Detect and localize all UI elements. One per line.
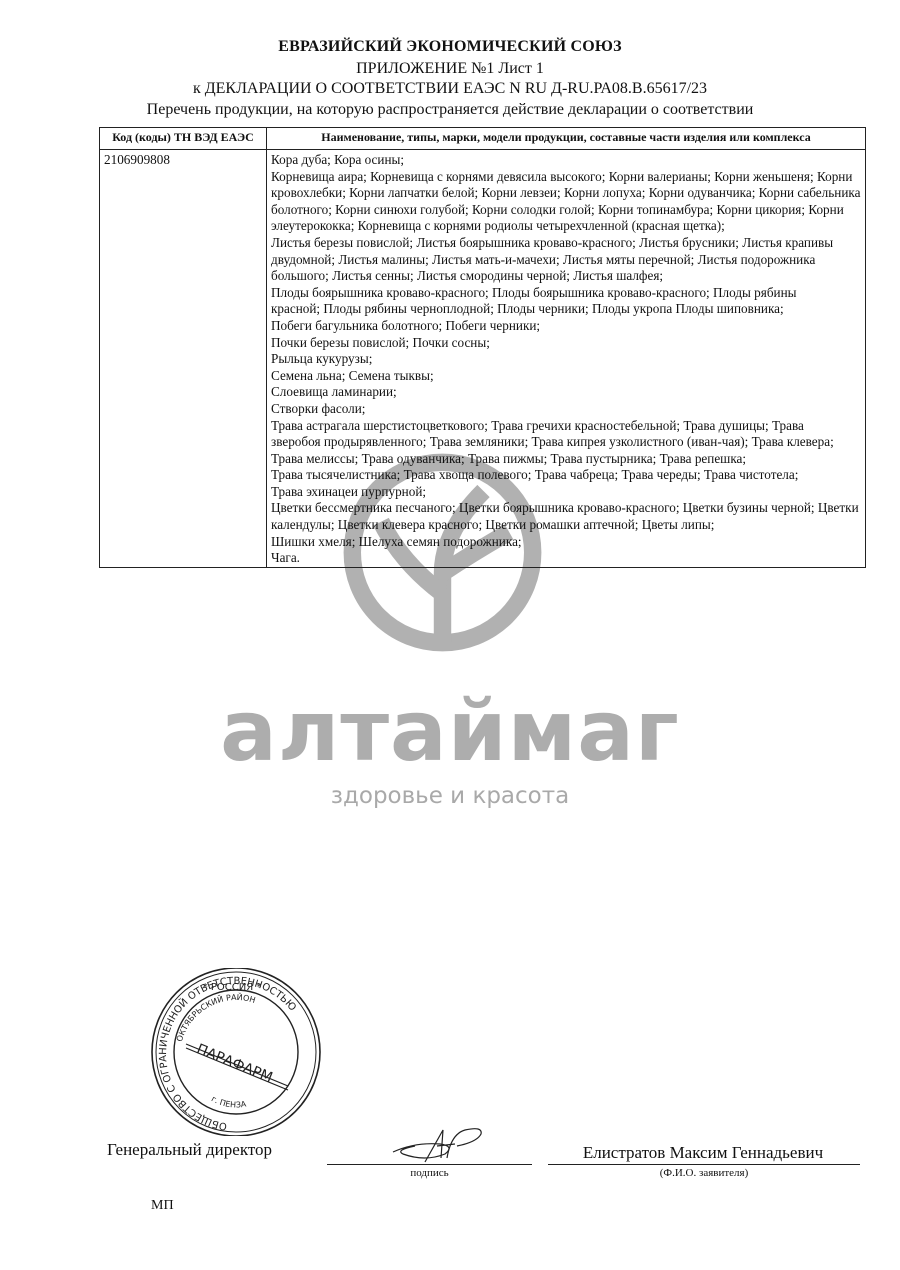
product-names: Кора дуба; Кора осины; Корневища аира; К… [267,150,866,568]
product-line: Корневища аира; Корневища с корнями девя… [271,169,861,235]
product-line: Листья березы повислой; Листья боярышник… [271,235,861,285]
signer-role: Генеральный директор [107,1140,272,1160]
signer-full-name: Елистратов Максим Геннадьевич [548,1143,858,1163]
table-header-row: Код (коды) ТН ВЭД ЕАЭС Наименование, тип… [100,128,866,150]
name-caption: (Ф.И.О. заявителя) [548,1167,860,1179]
org-title: ЕВРАЗИЙСКИЙ ЭКОНОМИЧЕСКИЙ СОЮЗ [0,38,900,56]
product-line: Трава тысячелистника; Трава хвоща полево… [271,467,861,484]
handwritten-signature-icon [385,1124,495,1166]
name-line [548,1164,860,1165]
column-header-name: Наименование, типы, марки, модели продук… [267,128,866,150]
watermark-brand: алтаймаг [220,682,680,780]
company-seal-icon: ОБЩЕСТВО С ОГРАНИЧЕННОЙ ОТВЕТСТВЕННОСТЬЮ… [148,968,324,1136]
product-line: Плоды боярышника кроваво-красного; Плоды… [271,285,861,302]
declaration-number: к ДЕКЛАРАЦИИ О СООТВЕТСТВИИ ЕАЭС N RU Д-… [0,80,900,98]
column-header-code: Код (коды) ТН ВЭД ЕАЭС [100,128,267,150]
product-line: Шишки хмеля; Шелуха семян подорожника; [271,534,861,551]
appendix-label: ПРИЛОЖЕНИЕ №1 Лист 1 [0,60,900,78]
product-list-subtitle: Перечень продукции, на которую распростр… [0,101,900,119]
product-line: зверобоя продырявленного; Трава земляник… [271,434,861,467]
product-line: Чага. [271,550,861,567]
product-line: красной; Плоды рябины черноплодной; Плод… [271,301,861,318]
declaration-appendix-page: ЕВРАЗИЙСКИЙ ЭКОНОМИЧЕСКИЙ СОЮЗ ПРИЛОЖЕНИ… [0,0,900,1270]
product-table: Код (коды) ТН ВЭД ЕАЭС Наименование, тип… [99,127,866,568]
svg-text:г. ПЕНЗА: г. ПЕНЗА [210,1094,248,1109]
product-line: Почки березы повислой; Почки сосны; [271,335,861,352]
watermark-tagline: здоровье и красота [300,783,600,809]
seal-company-name: ПАРАФАРМ [194,1041,274,1086]
product-line: Створки фасоли; [271,401,861,418]
product-line: Рыльца кукурузы; [271,351,861,368]
seal-inner-bottom: г. ПЕНЗА [210,1094,248,1109]
seal-top-text: * РОССИЯ * [203,982,262,993]
product-line: Трава эхинацеи пурпурной; [271,484,861,501]
product-line: Кора дуба; Кора осины; [271,152,861,169]
signature-line [327,1164,532,1165]
signature-caption: подпись [327,1167,532,1179]
table-row: 2106909808 Кора дуба; Кора осины; Корнев… [100,150,866,568]
seal-place-mark: МП [151,1198,174,1214]
product-line: Трава астрагала шерстистоцветкового; Тра… [271,418,861,435]
tnved-code: 2106909808 [100,150,267,568]
product-line: Цветки бессмертника песчаного; Цветки бо… [271,500,861,533]
product-line: Побеги багульника болотного; Побеги черн… [271,318,861,335]
product-line: Слоевища ламинарии; [271,384,861,401]
product-line: Семена льна; Семена тыквы; [271,368,861,385]
